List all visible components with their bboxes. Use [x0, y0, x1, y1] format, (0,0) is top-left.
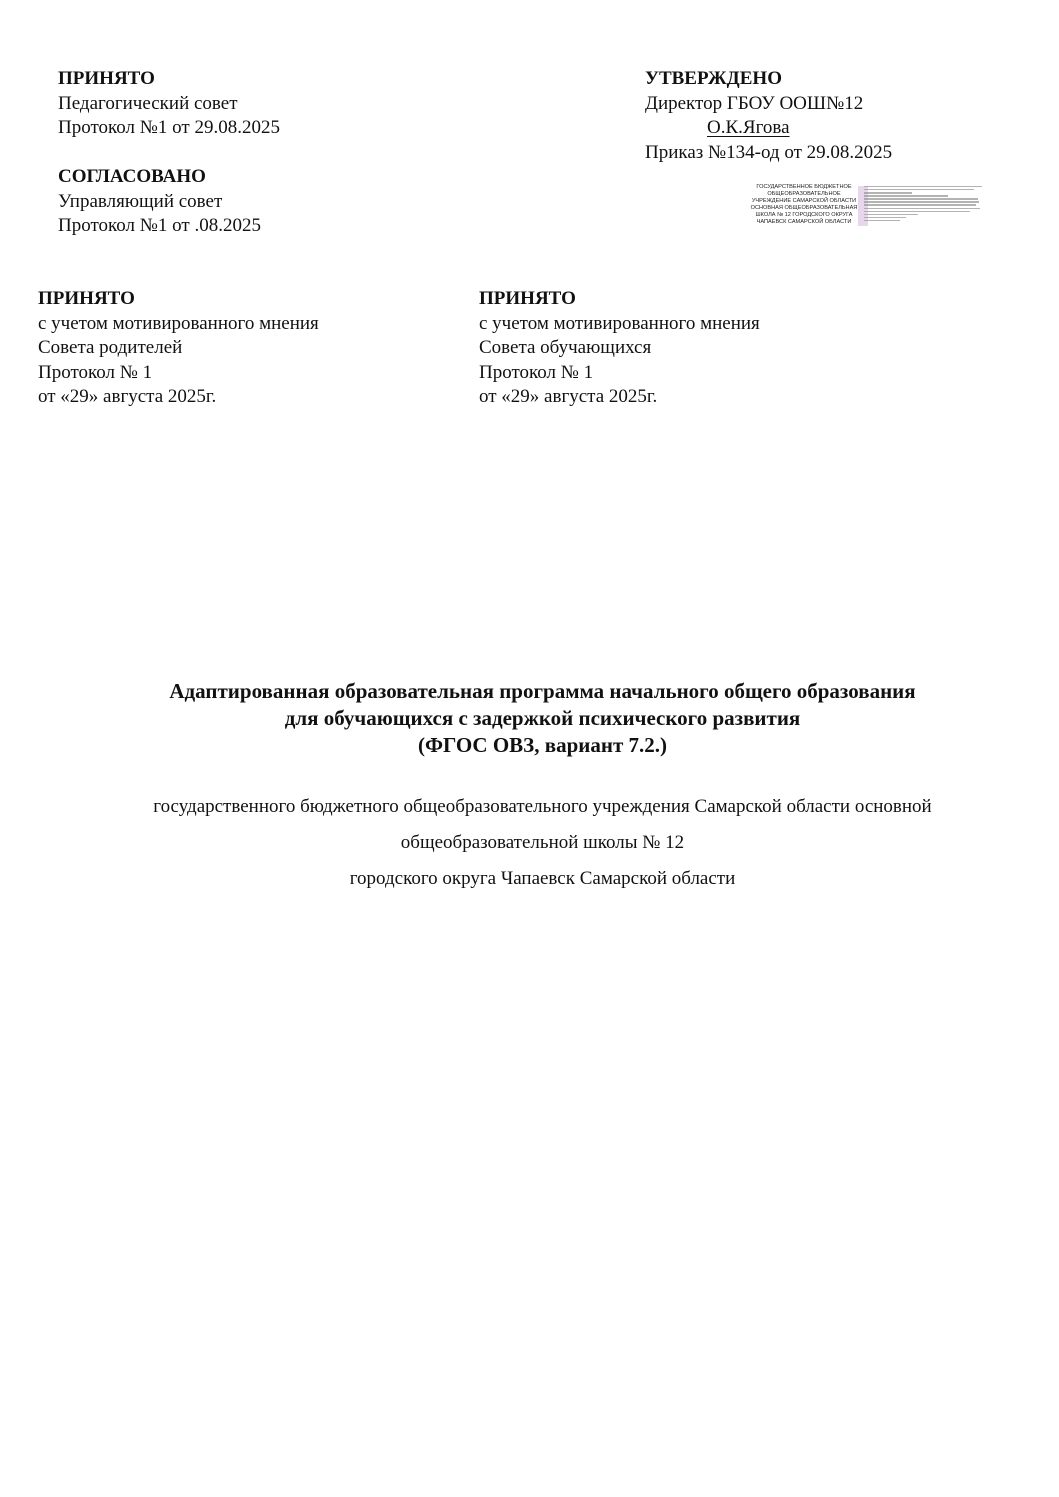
- approval-pedagogical-council: ПРИНЯТО Педагогический совет Протокол №1…: [58, 67, 280, 141]
- stamp-details: [864, 186, 984, 226]
- institution-line: общеобразовательной школы № 12: [0, 825, 1059, 861]
- approval-body: Управляющий совет: [58, 190, 261, 215]
- director-position: Директор ГБОУ ООШ№12: [645, 92, 892, 117]
- institution-line: городского округа Чапаевск Самарской обл…: [0, 861, 1059, 897]
- approval-heading: ПРИНЯТО: [58, 67, 280, 92]
- approval-students-council: ПРИНЯТО с учетом мотивированного мнения …: [479, 287, 760, 410]
- title-line: (ФГОС ОВЗ, вариант 7.2.): [0, 732, 1059, 759]
- approval-date: от «29» августа 2025г.: [38, 385, 319, 410]
- approval-protocol: Протокол № 1: [38, 361, 319, 386]
- approval-body: Педагогический совет: [58, 92, 280, 117]
- approval-managing-council: СОГЛАСОВАНО Управляющий совет Протокол №…: [58, 165, 261, 239]
- signature-name: О.К.Ягова: [707, 117, 790, 138]
- approval-protocol: Протокол № 1: [479, 361, 760, 386]
- signature-line: О.К.Ягова: [645, 116, 790, 141]
- approval-protocol: Протокол №1 от 29.08.2025: [58, 116, 280, 141]
- digital-signature-stamp: ГОСУДАРСТВЕННОЕ БЮДЖЕТНОЕ ОБЩЕОБРАЗОВАТЕ…: [748, 184, 986, 228]
- approval-line: с учетом мотивированного мнения: [479, 312, 760, 337]
- approval-director: УТВЕРЖДЕНО Директор ГБОУ ООШ№12 О.К.Ягов…: [645, 67, 892, 165]
- approval-heading: ПРИНЯТО: [38, 287, 319, 312]
- approval-heading: СОГЛАСОВАНО: [58, 165, 261, 190]
- title-line: для обучающихся с задержкой психического…: [0, 705, 1059, 732]
- approval-protocol: Протокол №1 от .08.2025: [58, 214, 261, 239]
- approval-heading: УТВЕРЖДЕНО: [645, 67, 892, 92]
- director-order: Приказ №134-од от 29.08.2025: [645, 141, 892, 166]
- institution-line: государственного бюджетного общеобразова…: [0, 789, 1059, 825]
- institution-name: государственного бюджетного общеобразова…: [0, 789, 1059, 897]
- approval-line: Совета обучающихся: [479, 336, 760, 361]
- stamp-organization: ГОСУДАРСТВЕННОЕ БЮДЖЕТНОЕ ОБЩЕОБРАЗОВАТЕ…: [748, 184, 860, 226]
- title-line: Адаптированная образовательная программа…: [0, 678, 1059, 705]
- approval-line: Совета родителей: [38, 336, 319, 361]
- approval-date: от «29» августа 2025г.: [479, 385, 760, 410]
- approval-heading: ПРИНЯТО: [479, 287, 760, 312]
- approval-parents-council: ПРИНЯТО с учетом мотивированного мнения …: [38, 287, 319, 410]
- approval-line: с учетом мотивированного мнения: [38, 312, 319, 337]
- document-title: Адаптированная образовательная программа…: [0, 678, 1059, 759]
